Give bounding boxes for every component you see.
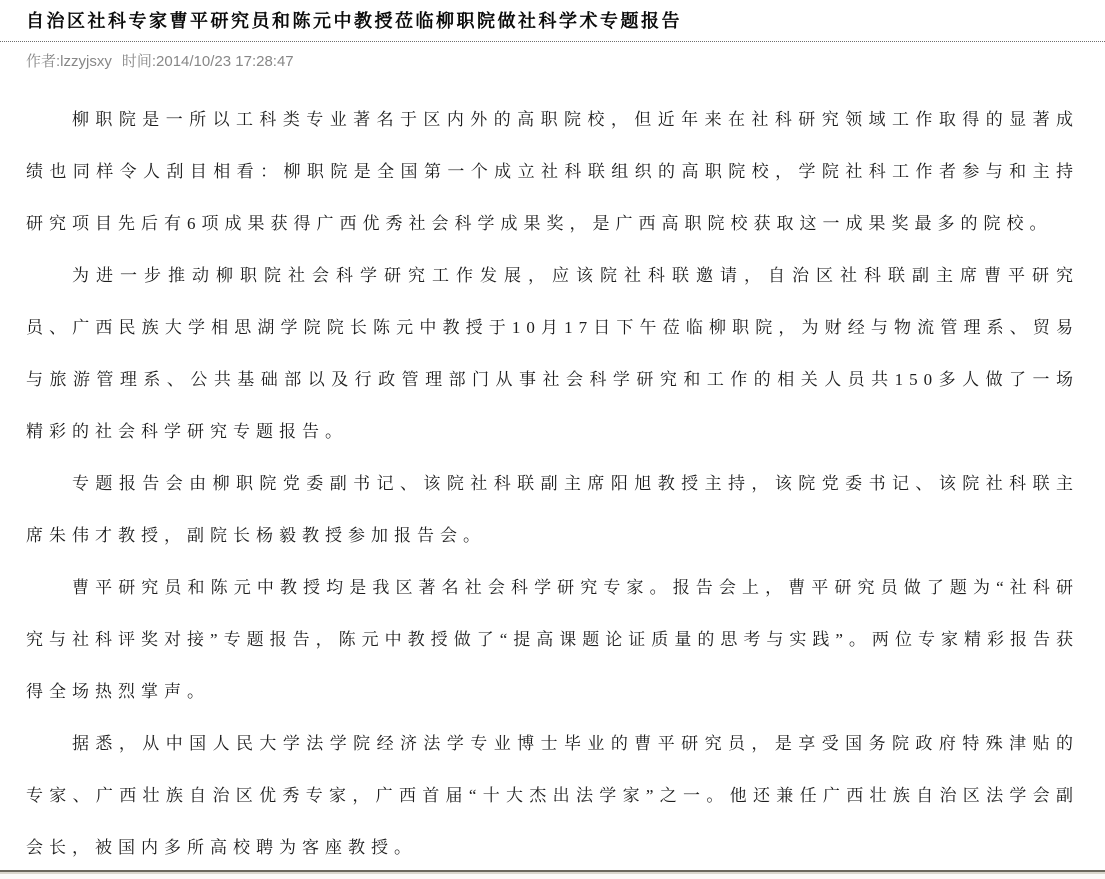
author-value: lzzyjsxy	[60, 53, 112, 70]
article-paragraph: 据悉，从中国人民大学法学院经济法学专业博士毕业的曹平研究员，是享受国务院政府特殊…	[26, 718, 1079, 874]
article-body: 柳职院是一所以工科类专业著名于区内外的高职院校，但近年来在社科研究领域工作取得的…	[0, 82, 1105, 874]
author-label: 作者:	[26, 53, 60, 70]
time-label: 时间:	[122, 53, 156, 70]
article-paragraph: 曹平研究员和陈元中教授均是我区著名社会科学研究专家。报告会上，曹平研究员做了题为…	[26, 562, 1079, 718]
article-paragraph: 为进一步推动柳职院社会科学研究工作发展，应该院社科联邀请，自治区社科联副主席曹平…	[26, 250, 1079, 458]
article-paragraph: 专题报告会由柳职院党委副书记、该院社科联副主席阳旭教授主持，该院党委书记、该院社…	[26, 458, 1079, 562]
article-title: 自治区社科专家曹平研究员和陈元中教授莅临柳职院做社科学术专题报告	[0, 0, 1105, 41]
article-paragraph: 柳职院是一所以工科类专业著名于区内外的高职院校，但近年来在社科研究领域工作取得的…	[26, 94, 1079, 250]
article-page: 自治区社科专家曹平研究员和陈元中教授莅临柳职院做社科学术专题报告 作者:lzzy…	[0, 0, 1105, 879]
bottom-border-padding	[0, 874, 1105, 879]
article-meta: 作者:lzzyjsxy时间:2014/10/23 17:28:47	[0, 42, 1105, 82]
bottom-border	[0, 870, 1105, 879]
time-value: 2014/10/23 17:28:47	[156, 53, 294, 70]
